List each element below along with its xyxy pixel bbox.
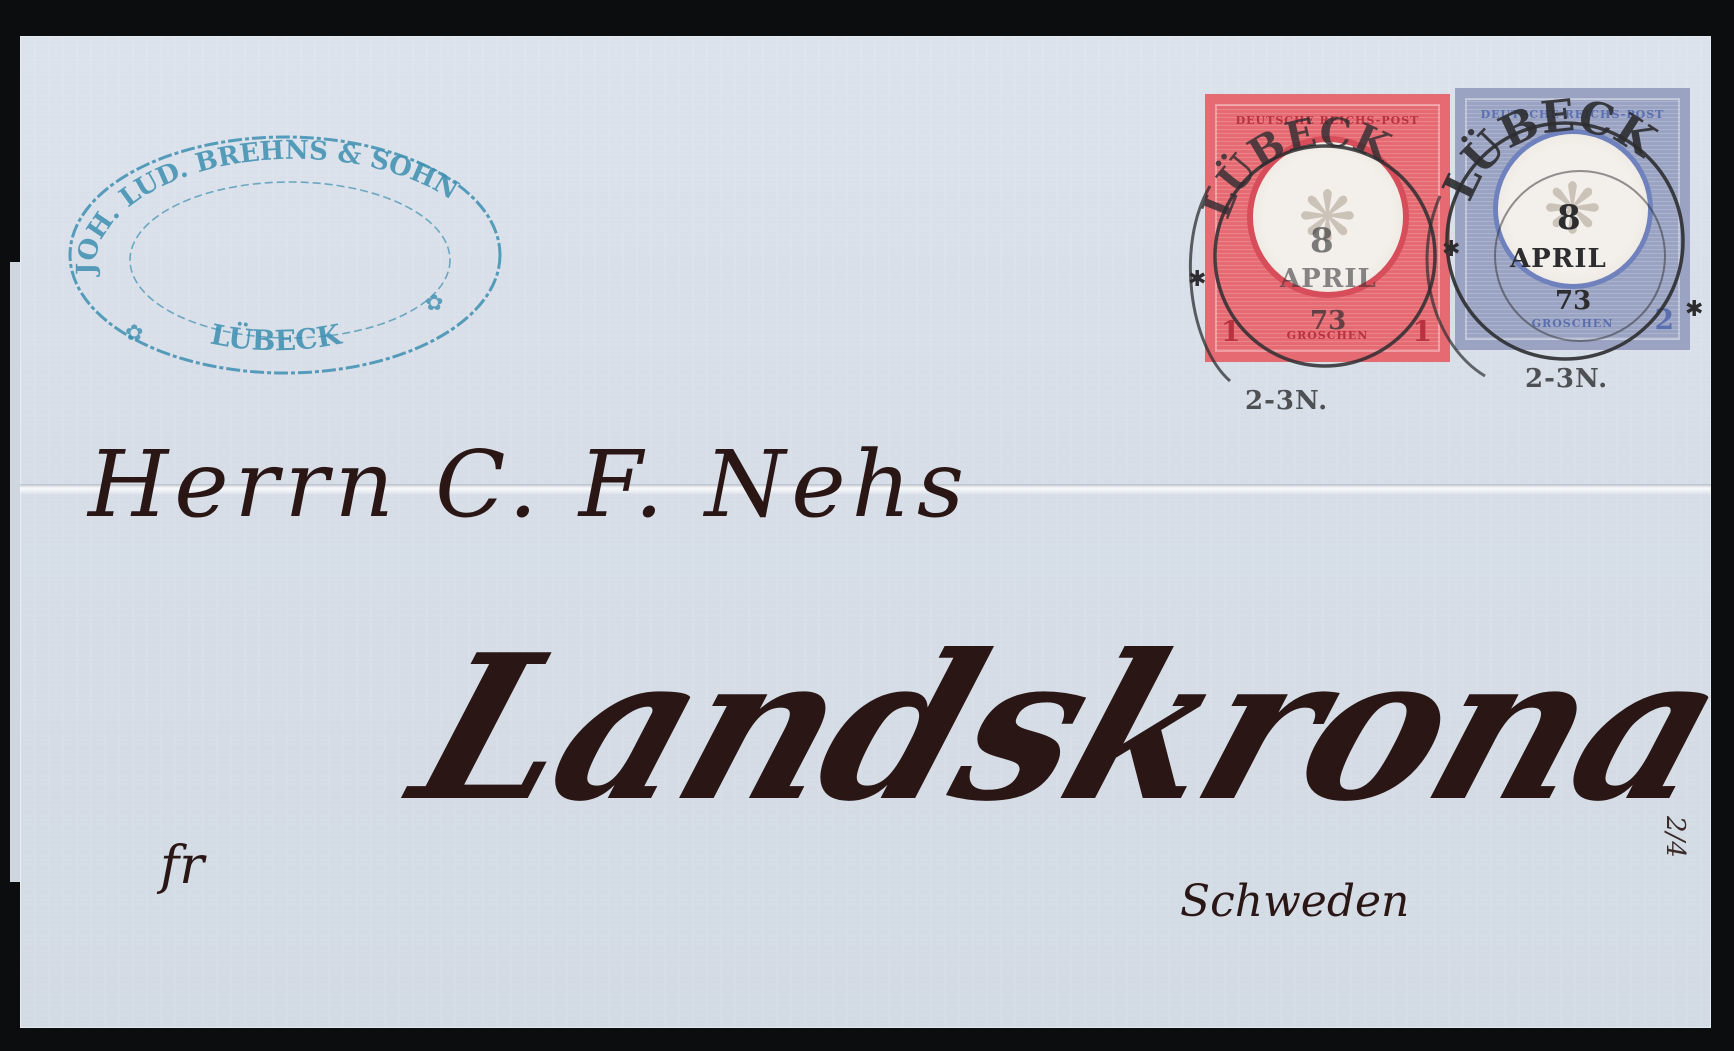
envelope: JOH. LUD. BREHNS & SOHN LÜBECK ✿ ✿ DEUTS… (20, 36, 1711, 1028)
destination-country: Schweden (1180, 876, 1409, 927)
svg-text:✿: ✿ (425, 291, 443, 316)
destination-city: Landskrona (390, 611, 1734, 846)
postmark-time: 2-3N. (1245, 386, 1328, 416)
postmark-day: 8 (1310, 221, 1334, 261)
postmark-year: 73 (1310, 306, 1346, 336)
postmark-time: 2-3N. (1525, 364, 1608, 394)
addressee-name: Herrn C. F. Nehs (88, 431, 970, 538)
franco-mark: fr (160, 836, 204, 896)
postmark-town: LÜBECK (1193, 108, 1399, 224)
svg-text:LÜBECK: LÜBECK (208, 317, 345, 357)
pencil-rate-note: 2/4 (1660, 816, 1690, 858)
postmark-year: 73 (1555, 286, 1591, 316)
cachet-bottom-text: LÜBECK (208, 317, 345, 357)
svg-text:✱: ✱ (1685, 297, 1703, 322)
postmark-month: APRIL (1510, 244, 1607, 274)
company-cachet: JOH. LUD. BREHNS & SOHN LÜBECK ✿ ✿ (55, 125, 515, 380)
svg-text:✱: ✱ (1188, 267, 1206, 292)
svg-text:✿: ✿ (125, 321, 143, 346)
postmark-day: 8 (1557, 198, 1581, 238)
svg-text:LÜBECK: LÜBECK (1433, 90, 1666, 208)
svg-text:LÜBECK: LÜBECK (1193, 108, 1399, 224)
postmark-town: LÜBECK (1433, 90, 1666, 208)
postmark-month: APRIL (1280, 264, 1377, 294)
cachet-oval-icon: JOH. LUD. BREHNS & SOHN LÜBECK ✿ ✿ (55, 125, 515, 380)
postmark-lubeck-2: LÜBECK ✱ 8 APRIL 73 2-3N. (1415, 86, 1715, 406)
